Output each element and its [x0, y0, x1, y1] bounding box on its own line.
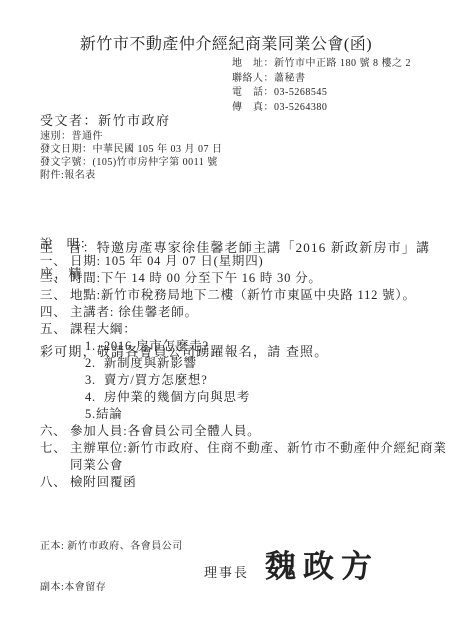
explanation-item: 四、 主講者: 徐佳馨老師。	[40, 304, 450, 321]
explanation-heading: 說 明：	[40, 236, 450, 253]
item-number: 三、	[40, 287, 70, 304]
signature-block: 理事長 魏政方	[204, 541, 379, 586]
item-text: 檢附回覆函	[70, 474, 450, 491]
item-text: 主辦單位:新竹市政府、住商不動產、新竹市不動產仲介經紀商業同業公會	[70, 440, 450, 474]
doc-title: 新竹市不動產仲介經紀商業同業公會(函)	[0, 31, 452, 54]
chairman-name: 魏政方	[265, 541, 379, 586]
outline-item: 4. 房仲業的幾個方向與思考	[85, 389, 450, 406]
contact-phone: 電 話：03-5268545	[232, 86, 411, 101]
item-text: 地點:新竹市稅務局地下二樓（新竹市東區中央路 112 號）。	[70, 287, 450, 304]
item-number: 八、	[40, 474, 70, 491]
item-text: 參加人員:各會員公司全體人員。	[70, 423, 450, 440]
item-number: 一、	[40, 253, 70, 270]
explanation-item: 八、 檢附回覆函	[40, 474, 450, 491]
item-number: 五、	[40, 321, 70, 338]
duplicate-copy-line: 副本:本會留存	[40, 581, 183, 595]
contact-fax: 傳 真：03-5264380	[232, 101, 411, 116]
item-number: 四、	[40, 304, 70, 321]
original-copy-line: 正本: 新竹市政府、各會員公司	[40, 540, 183, 554]
outline-item: 2. 新制度與新影響	[85, 355, 450, 372]
explanation-item: 二、 時間:下午 14 時 00 分至下午 16 時 30 分。	[40, 270, 450, 287]
outline-item: 5.結論	[85, 406, 450, 423]
item-text: 時間:下午 14 時 00 分至下午 16 時 30 分。	[70, 270, 450, 287]
item-number: 二、	[40, 270, 70, 287]
explanation-item: 三、 地點:新竹市稅務局地下二樓（新竹市東區中央路 112 號）。	[40, 287, 450, 304]
item-number: 七、	[40, 440, 70, 474]
item-text: 課程大綱：	[70, 321, 450, 338]
explanation-item: 七、 主辦單位:新竹市政府、住商不動產、新竹市不動產仲介經紀商業同業公會	[40, 440, 450, 474]
item-number: 六、	[40, 423, 70, 440]
contact-address: 地 址：新竹市中正路 180 號 8 樓之 2	[232, 57, 411, 72]
attachment-line: 附件:報名表	[40, 169, 223, 182]
issue-date-line: 發文日期：中華民國 105 年 03 月 07 日	[40, 143, 223, 156]
outline-item: 1. 2016 房市怎麼走?	[85, 338, 450, 355]
priority-line: 速別：普通件	[40, 130, 223, 143]
explanation-item: 一、 日期: 105 年 04 月 07 日(星期四)	[40, 253, 450, 270]
outline-item: 3. 賣方/買方怎麼想?	[85, 372, 450, 389]
meta-block: 速別：普通件 發文日期：中華民國 105 年 03 月 07 日 發文字號：(1…	[40, 130, 223, 182]
copies-block: 正本: 新竹市政府、各會員公司 副本:本會留存	[40, 513, 183, 621]
item-text: 主講者: 徐佳馨老師。	[70, 304, 450, 321]
chairman-title: 理事長	[204, 562, 249, 581]
item-text: 日期: 105 年 04 月 07 日(星期四)	[70, 253, 450, 270]
explanation-block: 說 明： 一、 日期: 105 年 04 月 07 日(星期四) 二、 時間:下…	[40, 236, 450, 491]
recipient-line: 受文者：新竹市政府	[40, 110, 171, 129]
document-page: 新竹市不動產仲介經紀商業同業公會(函) 地 址：新竹市中正路 180 號 8 樓…	[0, 0, 452, 640]
explanation-item: 六、 參加人員:各會員公司全體人員。	[40, 423, 450, 440]
contact-person: 聯絡人：蕭秘書	[232, 72, 411, 87]
explanation-item: 五、 課程大綱：	[40, 321, 450, 338]
doc-number-line: 發文字號：(105)竹市房仲字第 0011 號	[40, 156, 223, 169]
letterhead-contact-block: 地 址：新竹市中正路 180 號 8 樓之 2 聯絡人：蕭秘書 電 話：03-5…	[232, 57, 411, 115]
